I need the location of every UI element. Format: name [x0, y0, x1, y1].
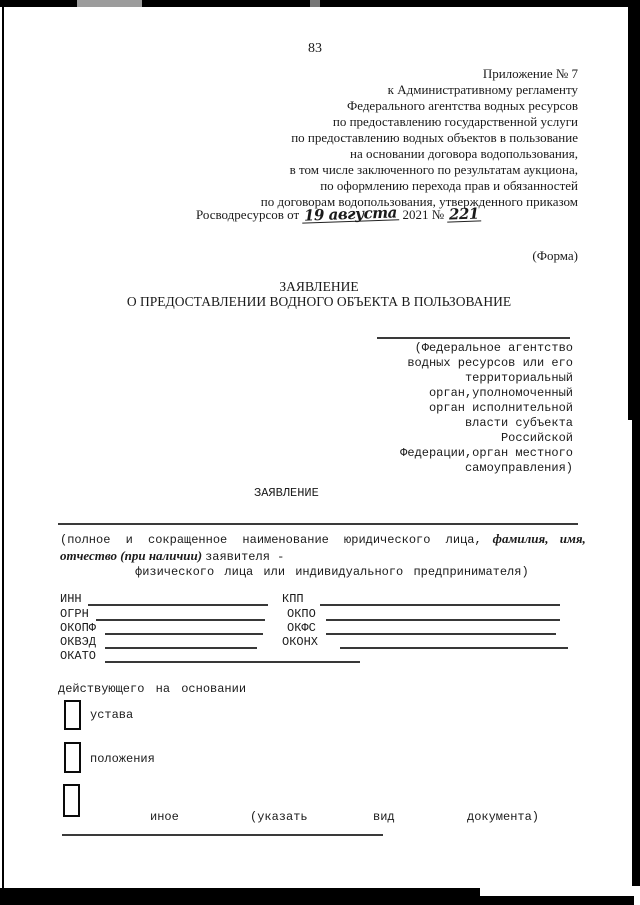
caption-l1-mono: (полное и сокращенное наименование юриди… [60, 533, 482, 547]
authority-line: самоуправления) [313, 461, 573, 476]
field-label-kpp: КПП [282, 592, 304, 606]
authority-line: водных ресурсов или его [313, 356, 573, 371]
authority-line: орган,уполномоченный [313, 386, 573, 401]
field-line-inn [88, 604, 268, 606]
header-line: по предоставлению водных объектов в поль… [148, 130, 578, 146]
document-title: ЗАЯВЛЕНИЕ О ПРЕДОСТАВЛЕНИИ ВОДНОГО ОБЪЕК… [60, 279, 578, 309]
header-line: Федерального агентства водных ресурсов [148, 98, 578, 114]
title-line-2: О ПРЕДОСТАВЛЕНИИ ВОДНОГО ОБЪЕКТА В ПОЛЬЗ… [60, 294, 578, 309]
field-label-okopf: ОКОПФ [60, 621, 96, 635]
header-line: по предоставлению государственной услуги [148, 114, 578, 130]
checkbox-polozheniya [64, 742, 81, 773]
other-word-2: (указать [250, 810, 308, 824]
field-line-okato [105, 661, 360, 663]
scan-border-top-gray [77, 0, 142, 7]
forma-label: (Форма) [532, 248, 578, 264]
header-line: на основании договора водопользования, [148, 146, 578, 162]
scan-border-right-upper [628, 0, 640, 420]
caption-line-1: (полное и сокращенное наименование юриди… [60, 531, 578, 548]
scan-border-bottom-thin [0, 896, 634, 905]
field-row-okato: ОКАТО [60, 649, 578, 664]
authority-line: (Федеральное агентство [313, 341, 573, 356]
header-line: в том числе заключенного по результатам … [148, 162, 578, 178]
field-label-okpo: ОКПО [287, 607, 316, 621]
handwritten-number: 221 [447, 207, 481, 222]
field-row-inn-kpp: ИНН КПП [60, 592, 578, 607]
page-number: 83 [308, 41, 322, 57]
field-label-okved: ОКВЭД [60, 635, 96, 649]
order-line: Росводресурсов от 19 августа 2021 № 221 [196, 207, 481, 223]
field-row-ogrn-okpo: ОГРН ОКПО [60, 607, 578, 622]
option-label-ustava: устава [90, 708, 133, 722]
authority-fill-line [377, 337, 570, 339]
authority-line: власти субъекта [313, 416, 573, 431]
header-line: Приложение № 7 [148, 66, 578, 82]
authority-caption: (Федеральное агентство водных ресурсов и… [313, 341, 573, 476]
caption-l2-mono: заявителя - [205, 550, 284, 564]
other-fill-line [62, 834, 383, 836]
other-word-4: документа) [467, 810, 539, 824]
scanned-form-page: 83 Приложение № 7 к Административному ре… [0, 0, 640, 905]
authority-line: территориальный [313, 371, 573, 386]
field-label-okfs: ОКФС [287, 621, 316, 635]
caption-l1-italic: фамилия, имя, [493, 531, 586, 546]
caption-l2-italic: отчество (при наличии) [60, 548, 202, 563]
field-row-okopf-okfs: ОКОПФ ОКФС [60, 621, 578, 636]
field-label-okonh: ОКОНХ [282, 635, 318, 649]
other-word-1: иное [150, 810, 179, 824]
field-label-ogrn: ОГРН [60, 607, 89, 621]
field-row-okved-okonh: ОКВЭД ОКОНХ [60, 635, 578, 650]
authority-line: орган исполнительной [313, 401, 573, 416]
header-line: к Административному регламенту [148, 82, 578, 98]
other-option-row: иное (указать вид документа) [0, 810, 640, 825]
appendix-header: Приложение № 7 к Административному регла… [148, 66, 578, 210]
scan-border-top-gray2 [310, 0, 320, 7]
header-line: по оформлению перехода прав и обязанност… [148, 178, 578, 194]
title-line-1: ЗАЯВЛЕНИЕ [60, 279, 578, 294]
scan-border-left [2, 7, 4, 888]
authority-line: Федерации,орган местного [313, 446, 573, 461]
basis-caption: действующего на основании [58, 682, 246, 696]
field-label-okato: ОКАТО [60, 649, 96, 663]
application-heading: ЗАЯВЛЕНИЕ [254, 486, 319, 500]
caption-line-3: физического лица или индивидуального пре… [60, 565, 578, 580]
handwritten-date: 19 августа [302, 206, 399, 223]
field-label-inn: ИНН [60, 592, 82, 606]
option-label-polozheniya: положения [90, 752, 155, 766]
applicant-caption: (полное и сокращенное наименование юриди… [60, 531, 578, 580]
order-mid: 2021 № [402, 207, 444, 222]
authority-line: Российской [313, 431, 573, 446]
other-word-3: вид [373, 810, 395, 824]
order-prefix: Росводресурсов от [196, 207, 299, 222]
caption-line-2: отчество (при наличии) заявителя - [60, 548, 578, 565]
field-line-kpp [320, 604, 560, 606]
checkbox-ustava [64, 700, 81, 730]
applicant-fill-line [58, 523, 578, 525]
